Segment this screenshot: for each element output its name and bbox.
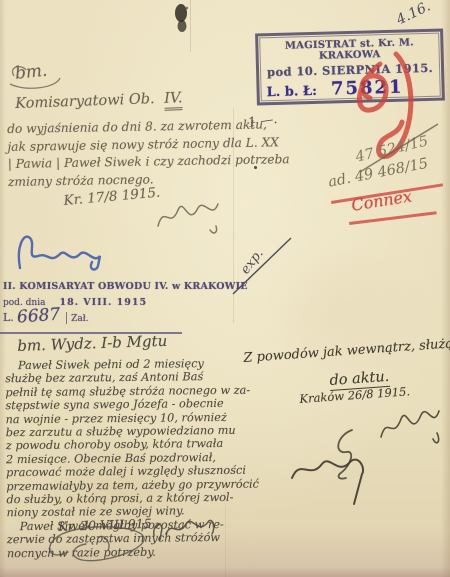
komisaryat-date-stamp: II. KOMISARYAT OBWODU IV. w KRAKOWIE pod… bbox=[3, 281, 248, 326]
stamp-ref-label: L. b. Ł: bbox=[266, 84, 317, 100]
stamp-divider-line bbox=[66, 312, 67, 324]
ink-blot bbox=[170, 3, 192, 35]
closing-signature-bottom bbox=[284, 448, 382, 510]
komisaryat-number-label: L. bbox=[3, 311, 14, 324]
scanned-document-page: 4.16. MAGISTRAT st. Kr. M. KRAKOWA pod 1… bbox=[0, 0, 450, 577]
connex-red-note: Connex bbox=[350, 186, 413, 214]
addressee-text: Komisaryatowi Ob. bbox=[15, 91, 155, 112]
referral-signature bbox=[152, 190, 222, 240]
referral-body: do wyjaśnienia do dni 8. za zwrotem aktu… bbox=[7, 116, 290, 191]
salutation-flourish bbox=[6, 62, 64, 90]
closing-line: Z powodów jak wewnątrz, służą bbox=[243, 336, 450, 366]
paper-edge-shading-bottom bbox=[0, 567, 450, 577]
referral-addressee: Komisaryatowi Ob. IV. bbox=[15, 90, 183, 112]
komisaryat-number-handwritten: 6687 bbox=[16, 305, 61, 328]
komisaryat-office-name: II. KOMISARYAT OBWODU IV. w KRAKOWIE bbox=[3, 281, 248, 292]
report-heading: bm. Wydz. I-b Mgtu bbox=[17, 332, 168, 355]
komisaryat-zal-label: Zał. bbox=[71, 314, 88, 324]
closing-signature bbox=[377, 399, 443, 449]
addressee-district-number: IV. bbox=[164, 90, 183, 111]
komisaryat-date-value: 18. VIII. 1915 bbox=[59, 297, 147, 308]
blue-pencil-signature bbox=[14, 230, 106, 272]
report-signature bbox=[150, 512, 218, 546]
report-signature-flourish bbox=[38, 524, 150, 566]
corner-page-note: 4.16. bbox=[394, 0, 433, 28]
